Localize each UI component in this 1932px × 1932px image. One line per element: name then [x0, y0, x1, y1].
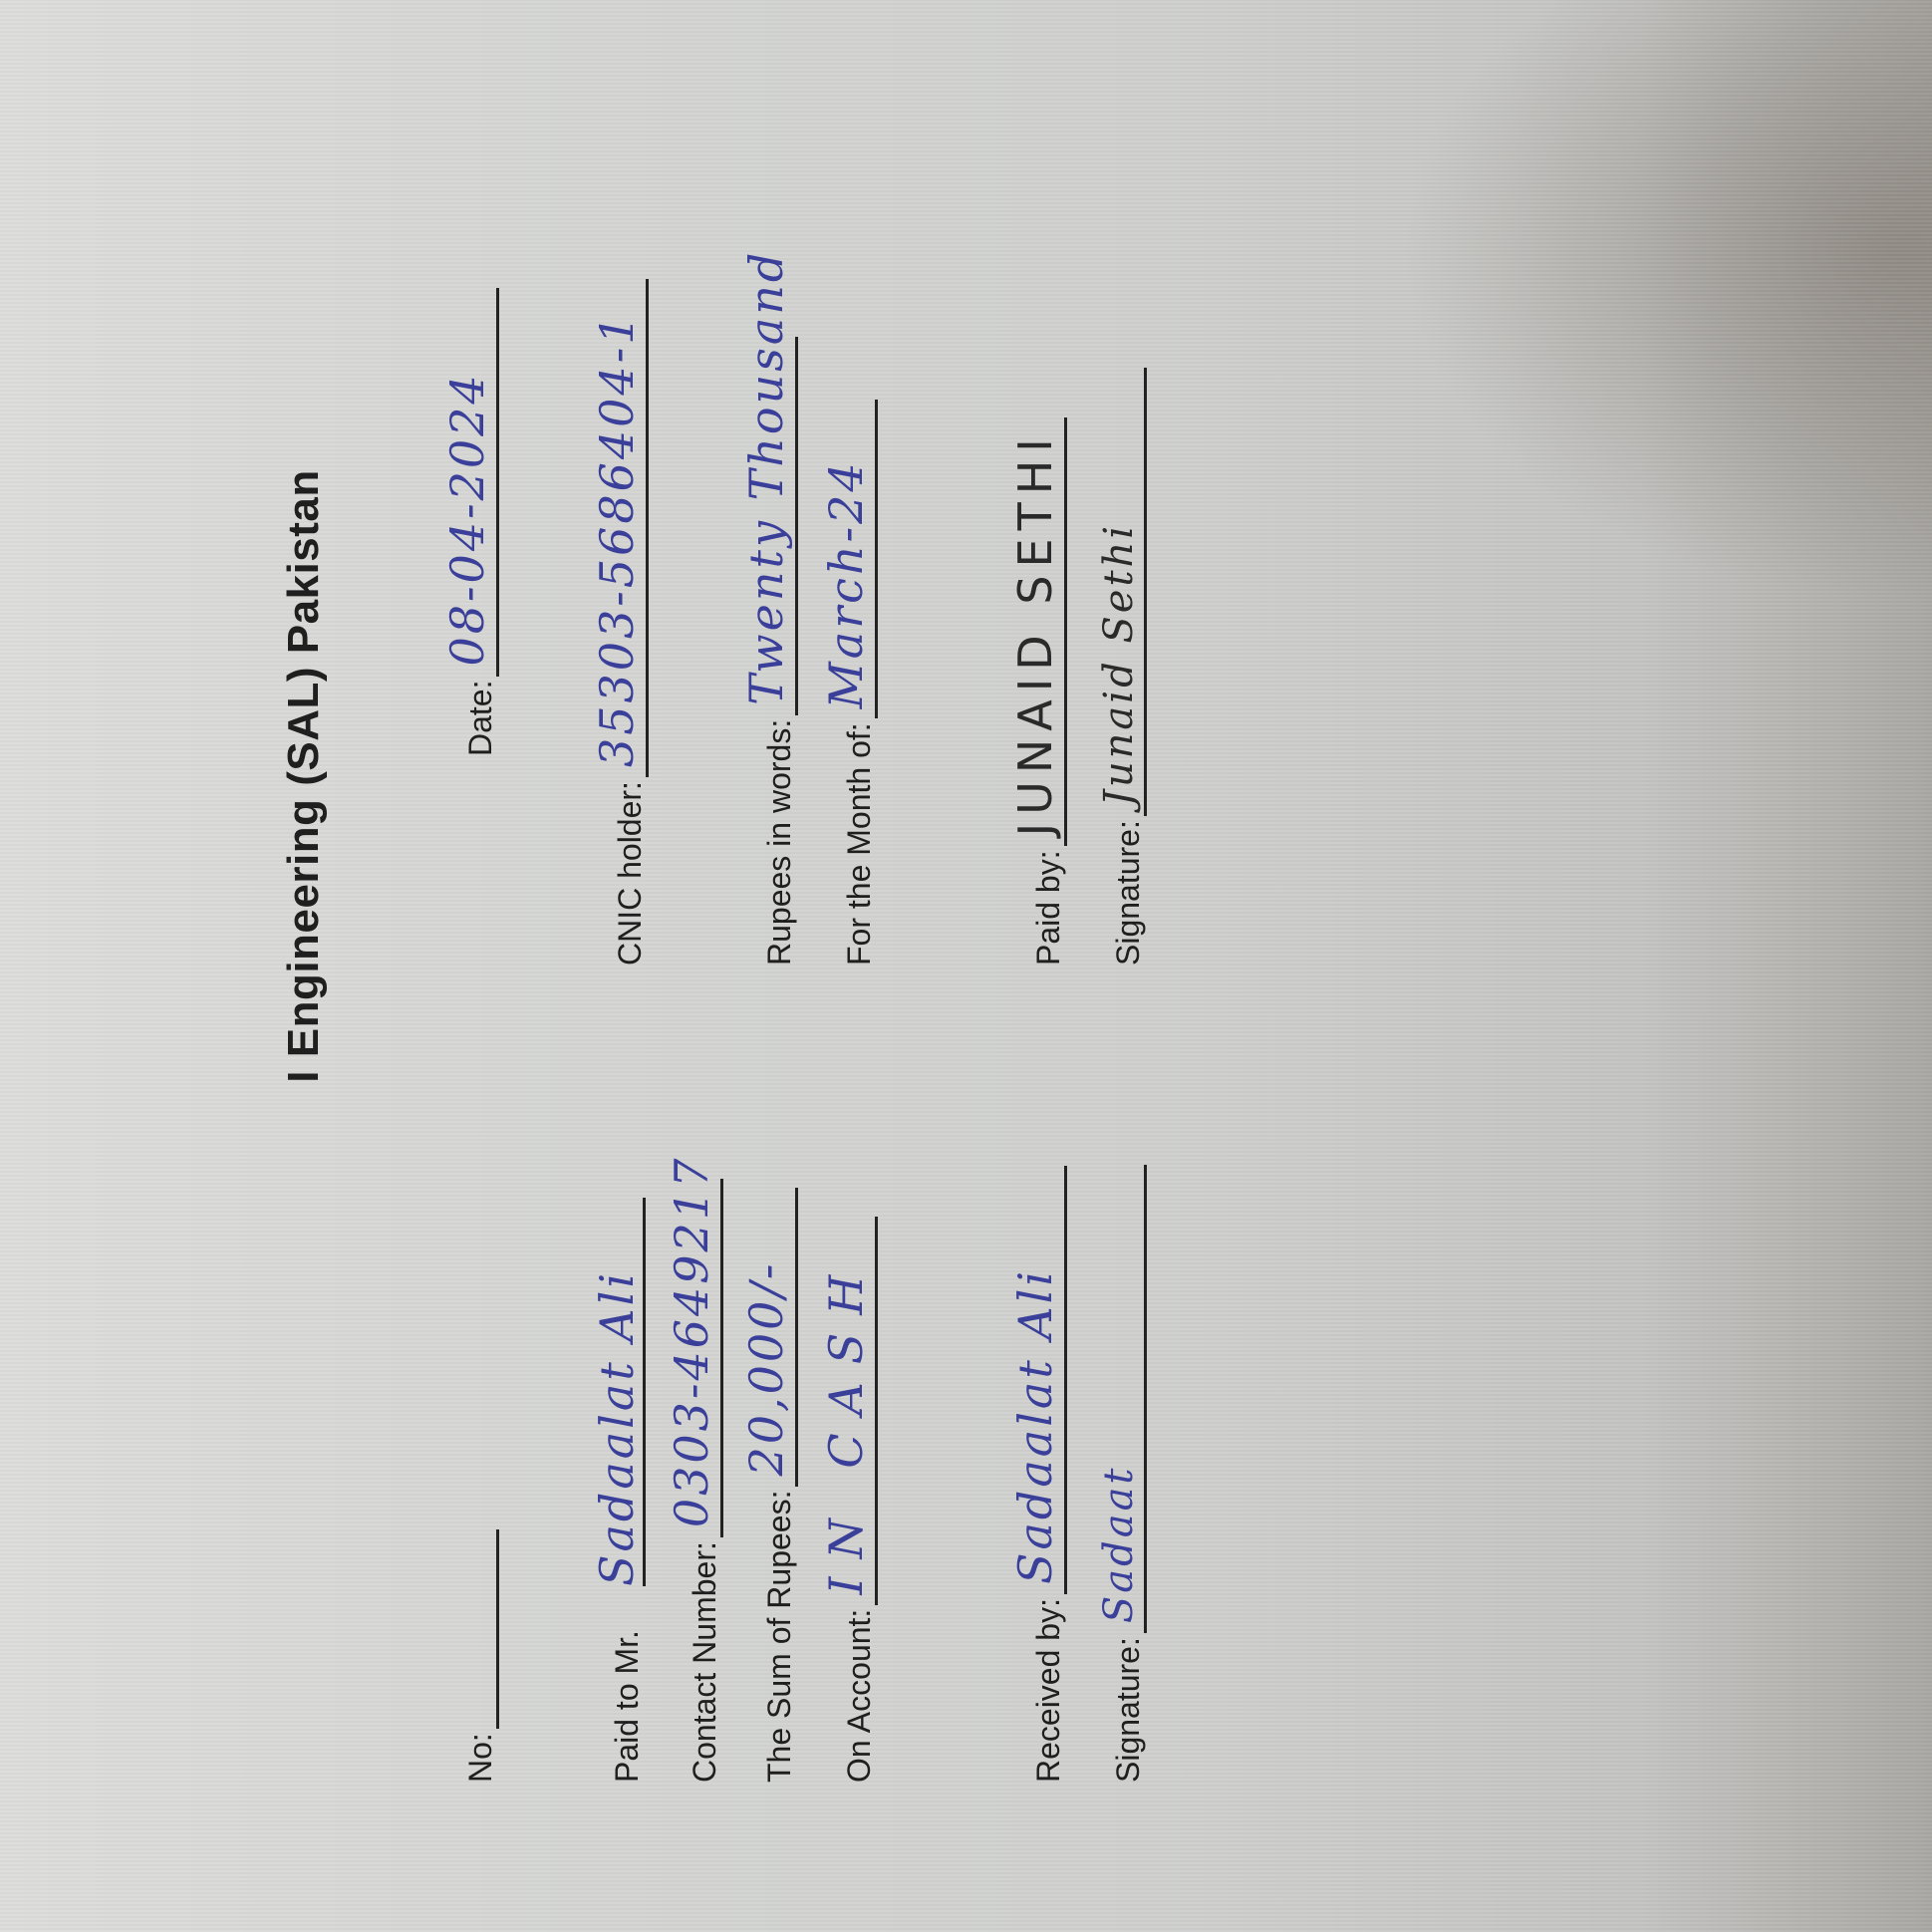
paid-signature-label: Signature: [1110, 820, 1147, 966]
received-by-field: Received by: Sadaalat Ali [1026, 1166, 1067, 1783]
month-label: For the Month of: [841, 722, 878, 966]
paid-to-field: Paid to Mr. Sadaalat Ali [608, 1198, 646, 1783]
paid-signature-input[interactable]: Junaid Sethi [1106, 368, 1147, 816]
on-account-input[interactable]: IN CASH [837, 1217, 878, 1605]
received-signature-input[interactable]: Sadaat [1106, 1165, 1147, 1633]
no-label: No: [462, 1733, 499, 1783]
cnic-holder-label: CNIC holder: [612, 781, 649, 966]
on-account-field: On Account: IN CASH [837, 1217, 878, 1783]
no-input[interactable] [458, 1529, 499, 1729]
received-by-label: Received by: [1030, 1598, 1067, 1783]
paid-by-input[interactable]: JUNAID SETHI [1026, 417, 1067, 846]
paid-by-label: Paid by: [1030, 850, 1067, 966]
page-title: I Engineering (SAL) Pakistan [279, 89, 329, 1783]
rupees-in-words-input[interactable]: Twenty Thousand [757, 337, 798, 715]
month-input[interactable]: March-24 [837, 400, 878, 718]
sum-of-rupees-label: The Sum of Rupees: [761, 1491, 798, 1783]
paid-to-input[interactable]: Sadaalat Ali [608, 1198, 646, 1626]
received-signature-label: Signature: [1110, 1637, 1147, 1783]
paid-by-field: Paid by: JUNAID SETHI [1026, 417, 1067, 966]
sum-of-rupees-input[interactable]: 20,000/- [757, 1188, 798, 1487]
date-field: Date: 08-04-2024 [458, 288, 499, 756]
paid-signature-field: Signature: Junaid Sethi [1106, 368, 1147, 966]
contact-number-label: Contact Number: [687, 1541, 723, 1783]
date-input[interactable]: 08-04-2024 [458, 288, 499, 677]
contact-number-field: Contact Number: 0303-4649217 [683, 1179, 723, 1783]
cnic-holder-field: CNIC holder: 35303-5686404-1 [608, 279, 649, 966]
received-signature-field: Signature: Sadaat [1106, 1165, 1147, 1783]
month-field: For the Month of: March-24 [837, 400, 878, 966]
sum-of-rupees-field: The Sum of Rupees: 20,000/- [757, 1188, 798, 1783]
cnic-holder-input[interactable]: 35303-5686404-1 [608, 279, 649, 777]
received-by-input[interactable]: Sadaalat Ali [1026, 1166, 1067, 1594]
payment-receipt-form: I Engineering (SAL) Pakistan No: Paid to… [229, 89, 1325, 1783]
paid-signature-mark: Junaid Sethi [1096, 523, 1142, 806]
paid-to-label: Paid to Mr. [609, 1630, 646, 1783]
on-account-label: On Account: [841, 1609, 878, 1783]
contact-number-input[interactable]: 0303-4649217 [683, 1179, 723, 1537]
rupees-in-words-label: Rupees in words: [761, 719, 798, 966]
rupees-in-words-field: Rupees in words: Twenty Thousand [757, 337, 798, 966]
date-label: Date: [462, 681, 499, 756]
no-field: No: [458, 1529, 499, 1783]
received-signature-mark: Sadaat [1096, 1466, 1142, 1624]
